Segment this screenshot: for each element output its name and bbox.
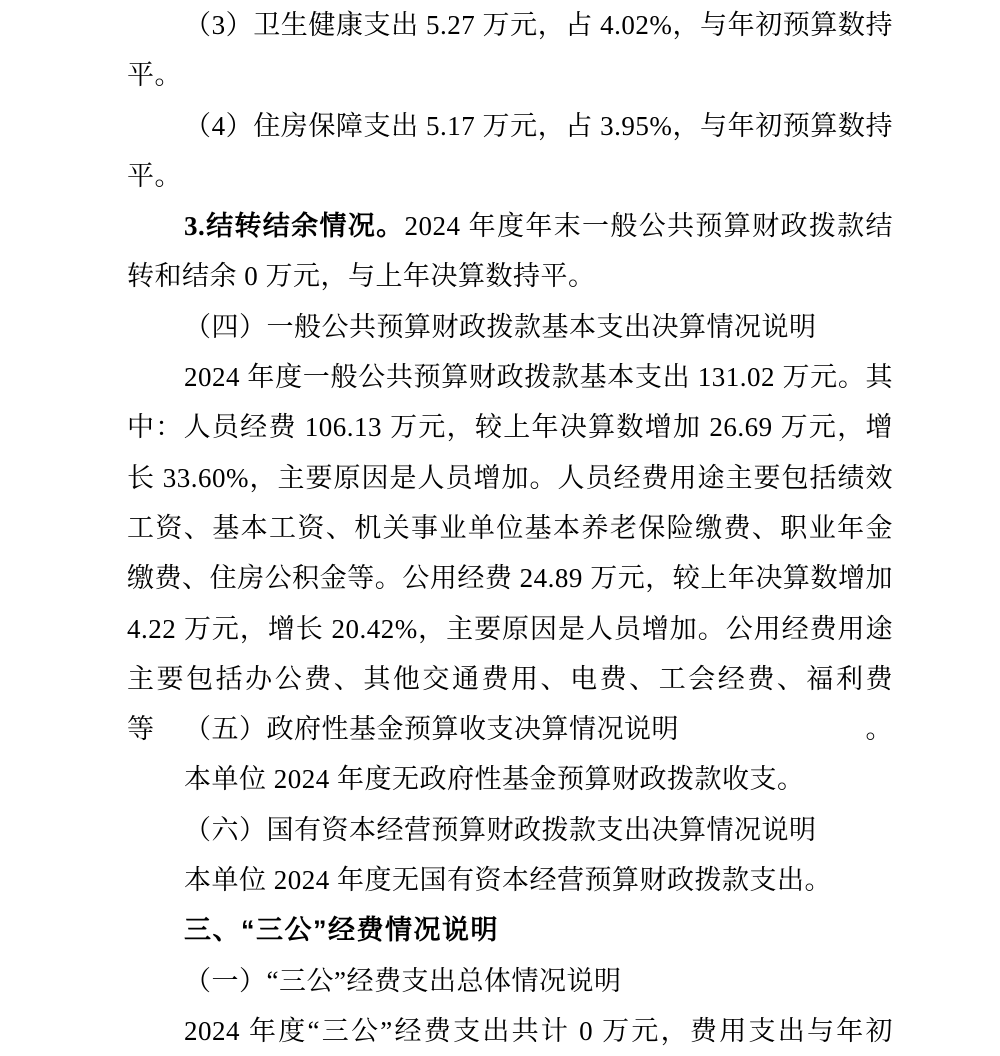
text-segment: 工资、基本工资、机关事业单位基本养老保险缴费、职业年金 [127,513,893,543]
text-segment: 三、“三公”经费情况说明 [184,915,499,945]
document-line: （4）住房保障支出 5.17 万元，占 3.95%，与年初预算数持 [127,101,893,151]
text-segment: （五）政府性基金预算收支决算情况说明 [184,714,679,744]
text-segment: 本单位 2024 年度无政府性基金预算财政拨款收支。 [184,764,805,794]
text-segment: （一）“三公”经费支出总体情况说明 [184,966,621,996]
text-segment: （六）国有资本经营预算财政拨款支出决算情况说明 [184,815,817,845]
document-line: 工资、基本工资、机关事业单位基本养老保险缴费、职业年金 [127,503,893,553]
document-line: 三、“三公”经费情况说明 [127,905,893,955]
text-segment: 2024 年度“三公”经费支出共计 0 万元，费用支出与年初 [184,1016,893,1046]
text-segment: 本单位 2024 年度无国有资本经营预算财政拨款支出。 [184,865,832,895]
text-segment: 2024 年度一般公共预算财政拨款基本支出 131.02 万元。其 [184,362,893,392]
document-line: （四）一般公共预算财政拨款基本支出决算情况说明 [127,302,893,352]
document-line: 2024 年度“三公”经费支出共计 0 万元，费用支出与年初 [127,1006,893,1056]
text-segment: 平。 [127,60,182,90]
text-segment: 长 33.60%，主要原因是人员增加。人员经费用途主要包括绩效 [127,463,893,493]
document-line: 长 33.60%，主要原因是人员增加。人员经费用途主要包括绩效 [127,453,893,503]
document-line: 中：人员经费 106.13 万元，较上年决算数增加 26.69 万元，增 [127,402,893,452]
document-line: 转和结余 0 万元，与上年决算数持平。 [127,251,893,301]
document-line: 2024 年度一般公共预算财政拨款基本支出 131.02 万元。其 [127,352,893,402]
text-segment: （四）一般公共预算财政拨款基本支出决算情况说明 [184,312,817,342]
text-segment: 中：人员经费 106.13 万元，较上年决算数增加 26.69 万元，增 [127,412,893,442]
document-line: 平。 [127,50,893,100]
document-line: 4.22 万元，增长 20.42%，主要原因是人员增加。公用经费用途 [127,604,893,654]
text-segment: 缴费、住房公积金等。公用经费 24.89 万元，较上年决算数增加 [127,563,893,593]
text-segment: 2024 年度年末一般公共预算财政拨款结 [405,211,893,241]
text-segment: 转和结余 0 万元，与上年决算数持平。 [127,261,596,291]
text-segment: 平。 [127,161,182,191]
document-line: （一）“三公”经费支出总体情况说明 [127,956,893,1006]
document-line: 3.结转结余情况。2024 年度年末一般公共预算财政拨款结 [127,201,893,251]
document-line: （六）国有资本经营预算财政拨款支出决算情况说明 [127,805,893,855]
document-line: 主要包括办公费、其他交通费用、电费、工会经费、福利费等。 [127,654,893,704]
document-line: 平。 [127,151,893,201]
text-segment: 4.22 万元，增长 20.42%，主要原因是人员增加。公用经费用途 [127,614,893,644]
document-line: 本单位 2024 年度无国有资本经营预算财政拨款支出。 [127,855,893,905]
text-segment: （4）住房保障支出 5.17 万元，占 3.95%，与年初预算数持 [184,111,893,141]
document-text-block: （3）卫生健康支出 5.27 万元，占 4.02%，与年初预算数持平。（4）住房… [127,0,893,1056]
document-page: （3）卫生健康支出 5.27 万元，占 4.02%，与年初预算数持平。（4）住房… [0,0,1000,1056]
bold-text-segment: 3.结转结余情况。 [184,211,405,241]
document-line: （3）卫生健康支出 5.27 万元，占 4.02%，与年初预算数持 [127,0,893,50]
document-line: 本单位 2024 年度无政府性基金预算财政拨款收支。 [127,754,893,804]
document-line: 缴费、住房公积金等。公用经费 24.89 万元，较上年决算数增加 [127,553,893,603]
text-segment: （3）卫生健康支出 5.27 万元，占 4.02%，与年初预算数持 [184,10,893,40]
